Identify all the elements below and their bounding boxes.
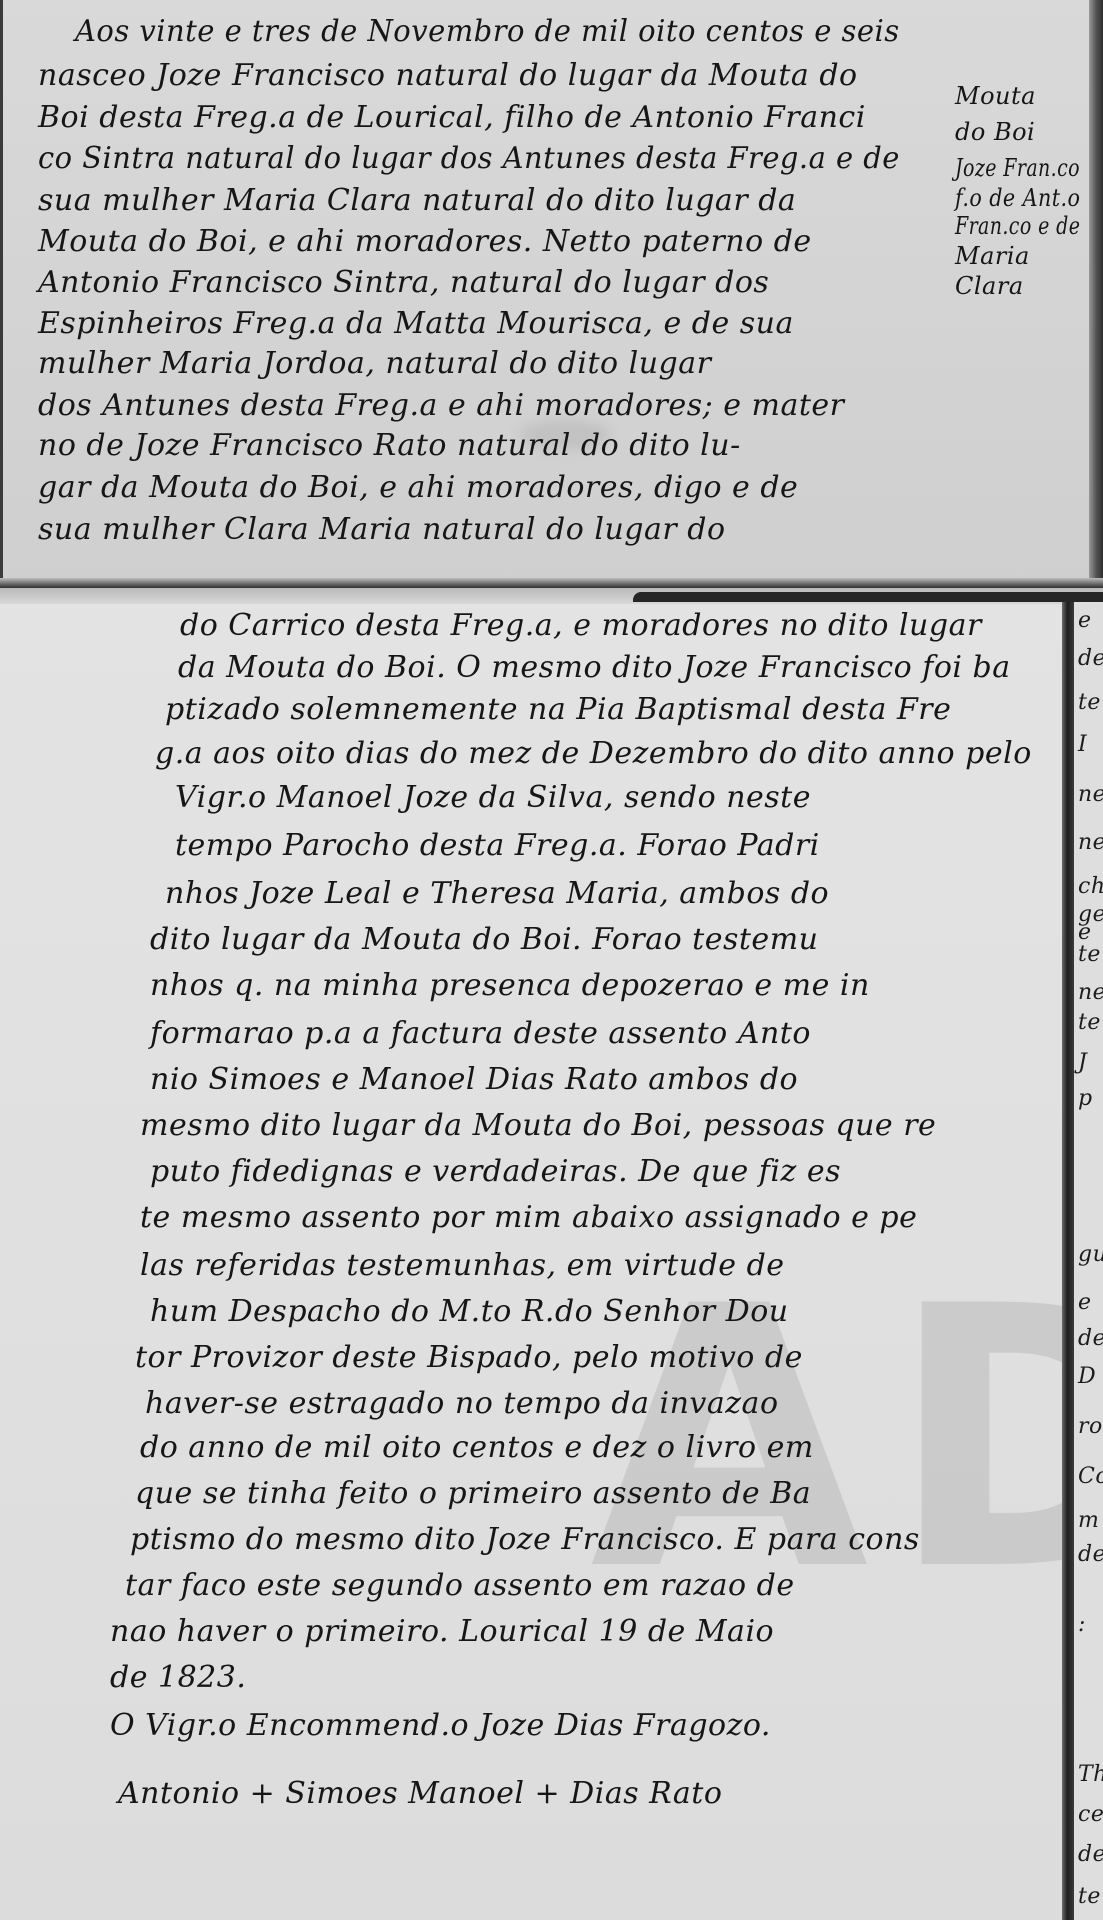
- adjacent-text: m: [1078, 1508, 1099, 1533]
- text-line: Espinheiros Freg.a da Matta Mourisca, e …: [38, 306, 794, 341]
- adjacent-page-fragment: e de te I ne ne ch ge e te ne te J p gu …: [1074, 602, 1103, 1920]
- text-line: formarao p.a a factura deste assento Ant…: [150, 1016, 811, 1051]
- text-line: tempo Parocho desta Freg.a. Forao Padri: [175, 828, 820, 863]
- text-line: dito lugar da Mouta do Boi. Forao testem…: [150, 922, 818, 957]
- text-line: ptizado solemnemente na Pia Baptismal de…: [165, 692, 951, 727]
- adjacent-text: p: [1078, 1086, 1093, 1111]
- text-line: Boi desta Freg.a de Lourical, filho de A…: [38, 100, 866, 135]
- text-line: que se tinha feito o primeiro assento de…: [135, 1476, 811, 1511]
- margin-note-line: Mouta: [955, 82, 1036, 110]
- page-left-edge: [0, 0, 3, 588]
- adjacent-text: ro: [1078, 1414, 1103, 1439]
- text-line: dos Antunes desta Freg.a e ahi moradores…: [38, 388, 845, 423]
- margin-note-line: Joze Fran.co: [955, 154, 1080, 182]
- text-line: tar faco este segundo assento em razao d…: [125, 1568, 795, 1603]
- text-line: nhos q. na minha presenca depozerao e me…: [150, 968, 870, 1003]
- adjacent-text: e: [1078, 1290, 1092, 1315]
- margin-note-line: Maria: [955, 242, 1030, 270]
- adjacent-text: te: [1078, 1010, 1101, 1035]
- adjacent-text: D: [1078, 1364, 1096, 1389]
- text-line: haver-se estragado no tempo da invazao: [145, 1386, 779, 1421]
- margin-note-line: f.o de Ant.o: [955, 184, 1080, 212]
- fragment-divider: [0, 578, 1103, 588]
- text-line: no de Joze Francisco Rato natural do dit…: [38, 428, 741, 463]
- text-line: Antonio Francisco Sintra, natural do lug…: [38, 265, 769, 300]
- text-line: de 1823.: [110, 1660, 246, 1695]
- text-line: sua mulher Maria Clara natural do dito l…: [38, 183, 796, 218]
- page-binding-edge: [1089, 0, 1103, 588]
- text-line: mulher Maria Jordoa, natural do dito lug…: [38, 346, 711, 381]
- adjacent-text: te: [1078, 942, 1101, 967]
- text-line: tor Provizor deste Bispado, pelo motivo …: [135, 1340, 803, 1375]
- text-line: nio Simoes e Manoel Dias Rato ambos do: [150, 1062, 798, 1097]
- margin-note-line: do Boi: [955, 118, 1035, 146]
- text-line: mesmo dito lugar da Mouta do Boi, pessoa…: [140, 1108, 936, 1143]
- adjacent-text: J: [1078, 1050, 1087, 1075]
- adjacent-text: de: [1078, 1326, 1103, 1351]
- priest-signature: O Vigr.o Encommend.o Joze Dias Fragozo.: [110, 1708, 771, 1743]
- text-line: do anno de mil oito centos e dez o livro…: [140, 1430, 814, 1465]
- text-line: Aos vinte e tres de Novembro de mil oito…: [75, 14, 900, 49]
- text-line: nao haver o primeiro. Lourical 19 de Mai…: [110, 1614, 774, 1649]
- text-line: hum Despacho do M.to R.do Senhor Dou: [150, 1294, 789, 1329]
- text-line: nhos Joze Leal e Theresa Maria, ambos do: [165, 876, 829, 911]
- text-line: da Mouta do Boi. O mesmo dito Joze Franc…: [178, 650, 1011, 685]
- text-line: Vigr.o Manoel Joze da Silva, sendo neste: [175, 780, 811, 815]
- text-line: te mesmo assento por mim abaixo assignad…: [140, 1200, 917, 1235]
- adjacent-text: ce: [1078, 1802, 1103, 1827]
- adjacent-text: Th: [1078, 1762, 1103, 1787]
- text-line: puto fidedignas e verdadeiras. De que fi…: [150, 1154, 841, 1189]
- adjacent-text: de: [1078, 646, 1103, 671]
- adjacent-text: e: [1078, 608, 1092, 633]
- adjacent-text: te: [1078, 690, 1101, 715]
- page-top-shadow: [0, 588, 1103, 604]
- adjacent-text: ne: [1078, 980, 1103, 1005]
- text-line: Mouta do Boi, e ahi moradores. Netto pat…: [38, 224, 812, 259]
- text-line: do Carrico desta Freg.a, e moradores no …: [180, 608, 982, 643]
- text-line: sua mulher Clara Maria natural do lugar …: [38, 512, 726, 547]
- top-page-fragment: Aos vinte e tres de Novembro de mil oito…: [0, 0, 1103, 588]
- adjacent-text: Co: [1078, 1464, 1103, 1489]
- text-line: las referidas testemunhas, em virtude de: [140, 1248, 785, 1283]
- text-line: co Sintra natural do lugar dos Antunes d…: [38, 141, 900, 176]
- margin-note-line: Clara: [955, 272, 1024, 300]
- adjacent-text: te: [1078, 1884, 1101, 1909]
- adjacent-text: de: [1078, 1542, 1103, 1567]
- adjacent-text: I: [1078, 732, 1087, 757]
- adjacent-text: :: [1078, 1612, 1086, 1637]
- bottom-page-fragment: AD do Carrico desta Freg.a, e moradores …: [0, 588, 1103, 1920]
- text-line: ptismo do mesmo dito Joze Francisco. E p…: [130, 1522, 920, 1557]
- adjacent-text: gu: [1078, 1242, 1103, 1267]
- book-gutter: [1062, 602, 1074, 1920]
- adjacent-text: ne: [1078, 782, 1103, 807]
- margin-note-line: Fran.co e de: [955, 212, 1080, 240]
- adjacent-text: ch: [1078, 874, 1103, 899]
- text-line: g.a aos oito dias do mez de Dezembro do …: [155, 736, 1032, 771]
- adjacent-text: des: [1078, 1842, 1103, 1867]
- text-line: gar da Mouta do Boi, e ahi moradores, di…: [38, 470, 798, 505]
- witness-signatures: Antonio + Simoes Manoel + Dias Rato: [118, 1776, 722, 1811]
- text-line: nasceo Joze Francisco natural do lugar d…: [38, 58, 858, 93]
- adjacent-text: ne: [1078, 830, 1103, 855]
